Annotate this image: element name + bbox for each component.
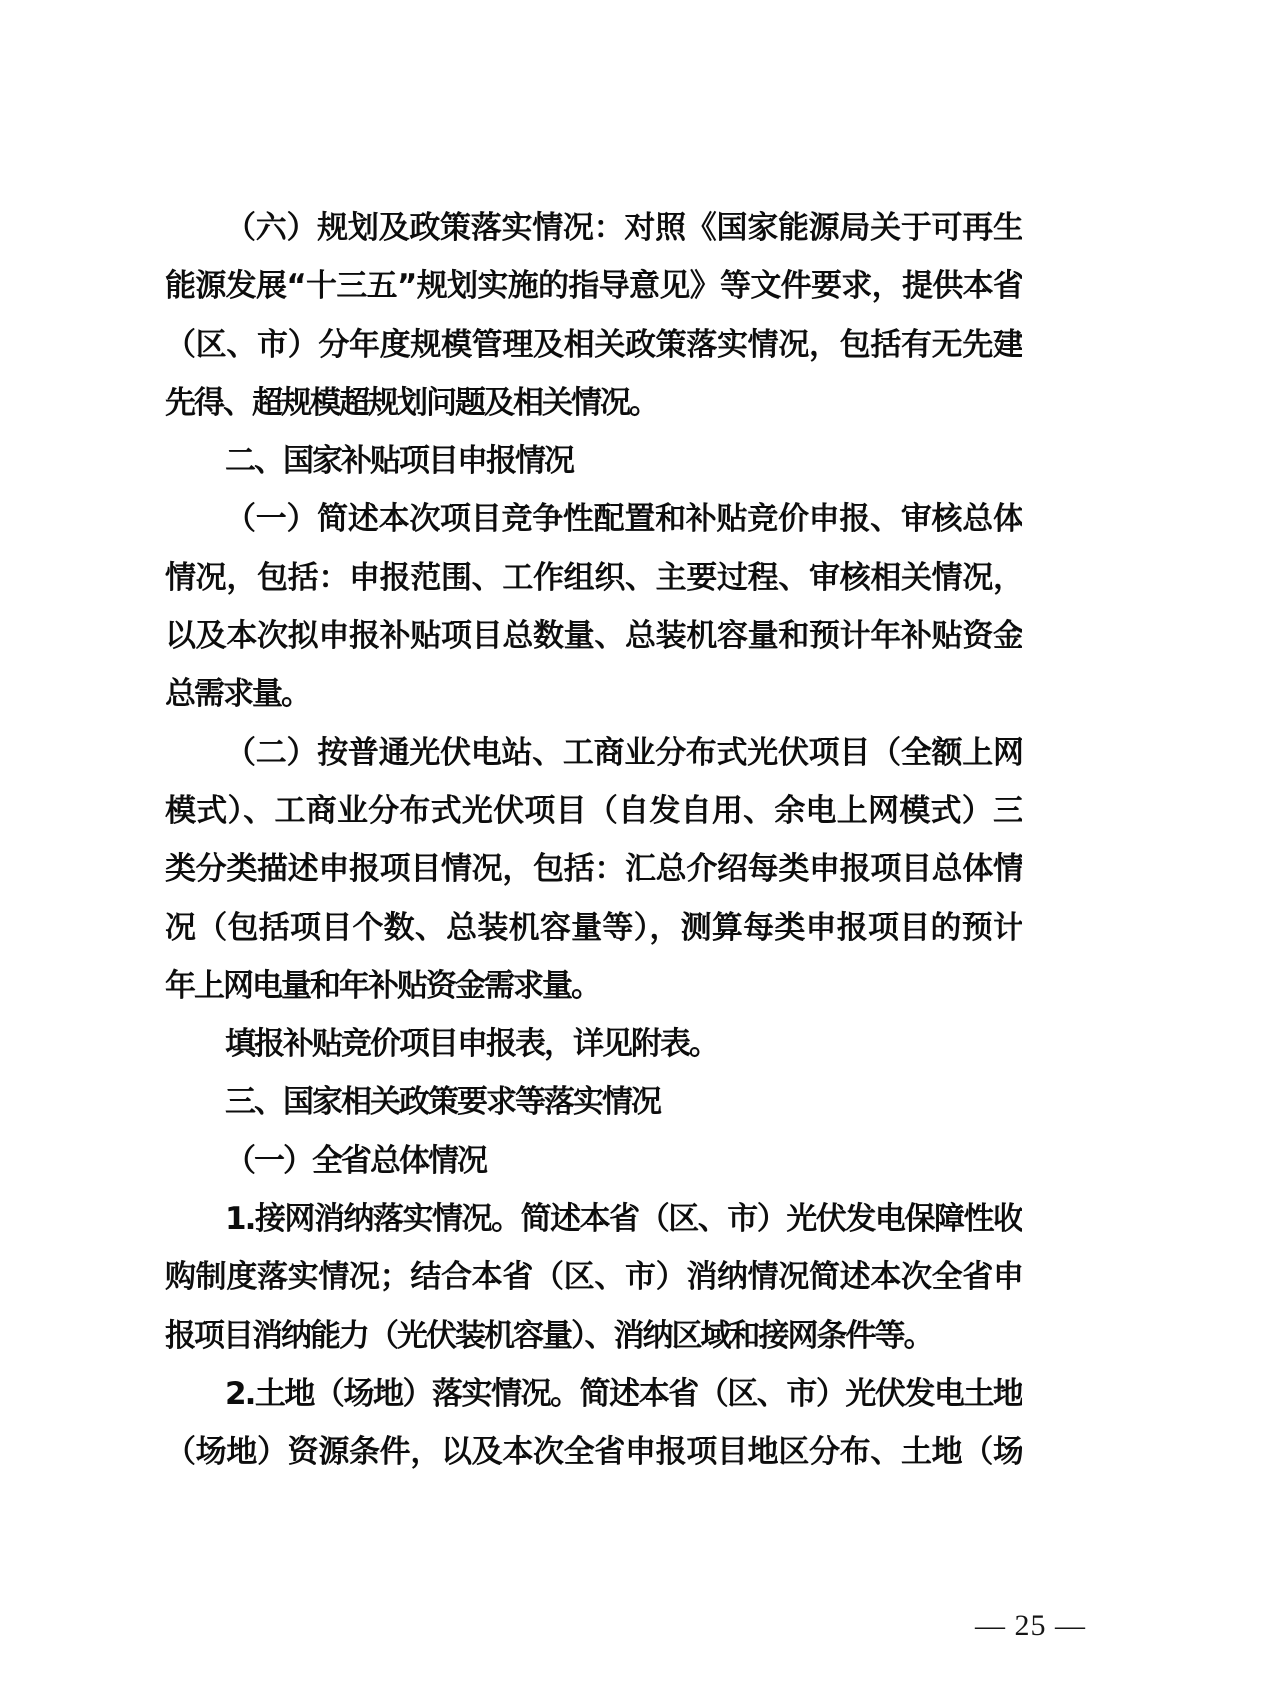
paragraph-line: （场地）资源条件，以及本次全省申报项目地区分布、土地（场 xyxy=(165,1423,1022,1481)
paragraph-line: 2.土地（场地）落实情况。简述本省（区、市）光伏发电土地 xyxy=(165,1365,1022,1423)
paragraph-line: 能源发展“十三五”规划实施的指导意见》等文件要求，提供本省 xyxy=(165,257,1022,315)
paragraph-line: （六）规划及政策落实情况：对照《国家能源局关于可再生 xyxy=(165,199,1022,257)
body-text: （六）规划及政策落实情况：对照《国家能源局关于可再生 能源发展“十三五”规划实施… xyxy=(165,199,1022,1482)
paragraph-line: 购制度落实情况；结合本省（区、市）消纳情况简述本次全省申 xyxy=(165,1248,1022,1306)
paragraph-line: 填报补贴竞价项目申报表，详见附表。 xyxy=(165,1015,1022,1073)
paragraph-line: （二）按普通光伏电站、工商业分布式光伏项目（全额上网 xyxy=(165,724,1022,782)
paragraph-line: 情况，包括：申报范围、工作组织、主要过程、审核相关情况， xyxy=(165,549,1022,607)
document-page: （六）规划及政策落实情况：对照《国家能源局关于可再生 能源发展“十三五”规划实施… xyxy=(0,0,1280,1704)
paragraph-line: 先得、超规模超规划问题及相关情况。 xyxy=(165,374,1022,432)
heading-subsection-1: （一）全省总体情况 xyxy=(165,1132,1022,1190)
heading-section-2: 二、国家补贴项目申报情况 xyxy=(165,432,1022,490)
paragraph-line: （区、市）分年度规模管理及相关政策落实情况，包括有无先建 xyxy=(165,316,1022,374)
page-number: — 25 — xyxy=(975,1606,1086,1646)
paragraph-line: 模式）、工商业分布式光伏项目（自发自用、余电上网模式）三 xyxy=(165,782,1022,840)
paragraph-line: 报项目消纳能力（光伏装机容量）、消纳区域和接网条件等。 xyxy=(165,1307,1022,1365)
paragraph-line: 1.接网消纳落实情况。简述本省（区、市）光伏发电保障性收 xyxy=(165,1190,1022,1248)
paragraph-line: 类分类描述申报项目情况，包括：汇总介绍每类申报项目总体情 xyxy=(165,840,1022,898)
paragraph-line: 总需求量。 xyxy=(165,665,1022,723)
paragraph-line: 况（包括项目个数、总装机容量等），测算每类申报项目的预计 xyxy=(165,899,1022,957)
paragraph-line: 年上网电量和年补贴资金需求量。 xyxy=(165,957,1022,1015)
paragraph-line: （一）简述本次项目竞争性配置和补贴竞价申报、审核总体 xyxy=(165,490,1022,548)
heading-section-3: 三、国家相关政策要求等落实情况 xyxy=(165,1073,1022,1131)
paragraph-line: 以及本次拟申报补贴项目总数量、总装机容量和预计年补贴资金 xyxy=(165,607,1022,665)
